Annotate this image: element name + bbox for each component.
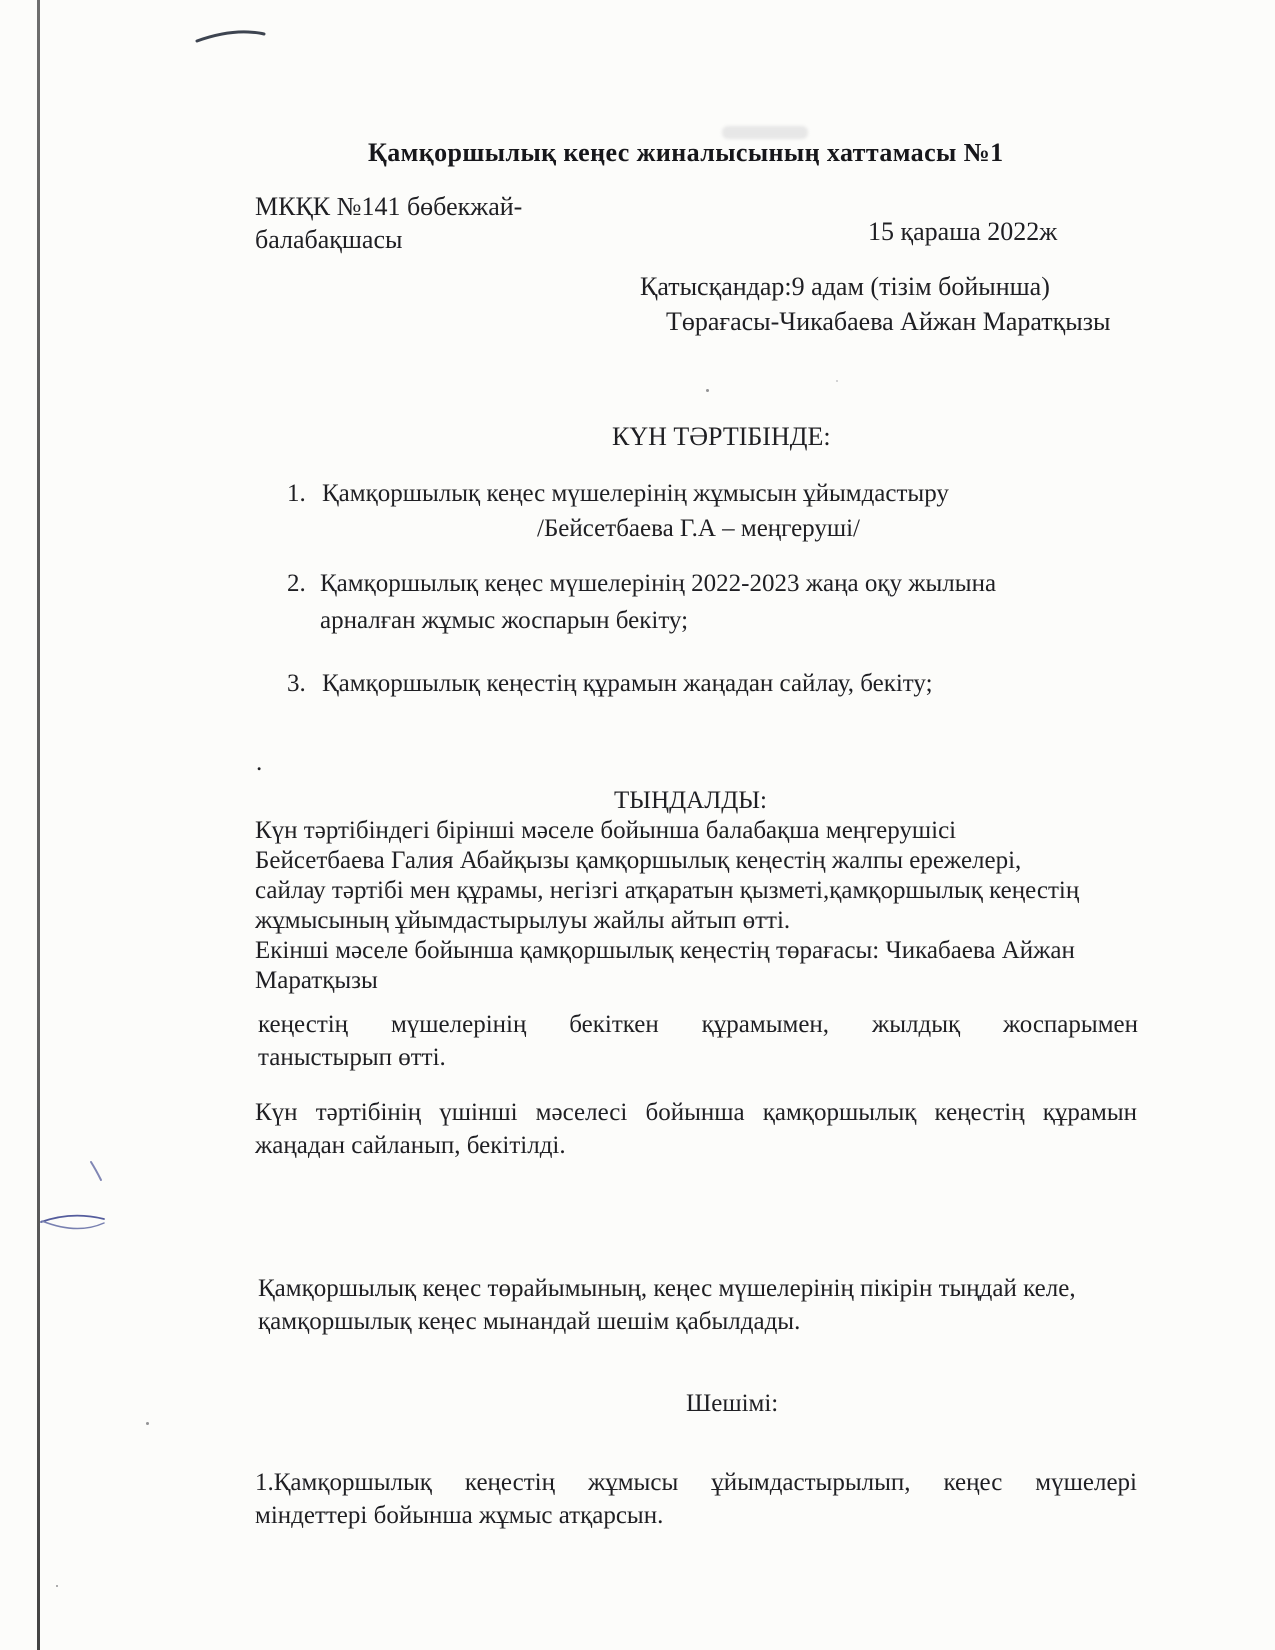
doc-date: 15 қараша 2022ж xyxy=(868,216,1057,248)
scan-speck xyxy=(836,380,838,382)
pen-mark-ellipse xyxy=(0,1200,200,1250)
heard-paragraph: Күн тәртібіндегі бірінші мәселе бойынша … xyxy=(255,816,1147,996)
decision-paragraph: 1.Қамқоршылық кеңестің жұмысы ұйымдастыр… xyxy=(255,1466,1137,1532)
agenda-item-1-text: Қамқоршылық кеңес мүшелерінің жұмысын ұй… xyxy=(322,479,949,509)
text-line: Екінші мәселе бойынша қамқоршылық кеңест… xyxy=(255,936,1147,966)
opinion-paragraph: Қамқоршылық кеңес төрайымының, кеңес мүш… xyxy=(258,1272,1140,1338)
agenda-item-1-number: 1. xyxy=(287,479,306,509)
agenda-item-3-text: Қамқоршылық кеңестің құрамын жаңадан сай… xyxy=(322,669,933,699)
doc-title: Қамқоршылық кеңес жиналысының хаттамасы … xyxy=(368,138,1004,168)
members-paragraph: кеңестің мүшелерінің бекіткен құрамымен,… xyxy=(258,1008,1138,1074)
chairman-line: Төрағасы-Чикабаева Айжан Маратқызы xyxy=(666,306,1111,338)
text-line: қамқоршылық кеңес мынандай шешім қабылда… xyxy=(258,1305,1140,1338)
heard-heading: ТЫҢДАЛДЫ: xyxy=(614,786,767,816)
scan-speck xyxy=(706,389,709,392)
scan-speck xyxy=(146,1422,149,1425)
text-line: жұмысының ұйымдастырылуы жайлы айтып өтт… xyxy=(255,906,1147,936)
text-line: кеңестің мүшелерінің бекіткен құрамымен,… xyxy=(258,1008,1138,1041)
org-name-line1: МКҚК №141 бөбекжай- xyxy=(255,191,522,223)
text-line: Бейсетбаева Галия Абайқызы қамқоршылық к… xyxy=(255,846,1147,876)
decision-heading: Шешімі: xyxy=(686,1389,778,1419)
pen-stroke-top xyxy=(0,0,1275,60)
agenda-item-1-subtext: /Бейсетбаева Г.А – меңгеруші/ xyxy=(537,514,860,544)
org-name-line2: балабақшасы xyxy=(255,224,402,256)
stray-period-mark: . xyxy=(256,748,262,778)
agenda-item-2-line2: арналған жұмыс жоспарын бекіту; xyxy=(320,606,688,636)
agenda-item-2-line1: Қамқоршылық кеңес мүшелерінің 2022-2023 … xyxy=(320,569,996,599)
agenda-item-3-number: 3. xyxy=(287,669,306,699)
text-line: Маратқызы xyxy=(255,966,1147,996)
text-line: міндеттері бойынша жұмыс атқарсын. xyxy=(255,1499,1137,1532)
text-line: 1.Қамқоршылық кеңестің жұмысы ұйымдастыр… xyxy=(255,1466,1137,1499)
text-line: жаңадан сайланып, бекітілді. xyxy=(255,1129,1137,1162)
text-line: Күн тәртібіндегі бірінші мәселе бойынша … xyxy=(255,816,1147,846)
text-line: Қамқоршылық кеңес төрайымының, кеңес мүш… xyxy=(258,1272,1140,1305)
third-issue-paragraph: Күн тәртібінің үшінші мәселесі бойынша қ… xyxy=(255,1096,1137,1162)
text-line: сайлау тәртібі мен құрамы, негізгі атқар… xyxy=(255,876,1147,906)
text-line: таныстырып өтті. xyxy=(258,1041,1138,1074)
agenda-item-2-number: 2. xyxy=(287,569,306,599)
scanned-document-page: Қамқоршылық кеңес жиналысының хаттамасы … xyxy=(0,0,1275,1650)
scan-speck xyxy=(56,1585,58,1587)
participants-line: Қатысқандар:9 адам (тізім бойынша) xyxy=(640,271,1050,303)
agenda-heading: КҮН ТӘРТІБІНДЕ: xyxy=(612,421,831,453)
pen-mark-diagonal xyxy=(0,1150,200,1200)
scan-edge-line xyxy=(37,0,40,1650)
text-line: Күн тәртібінің үшінші мәселесі бойынша қ… xyxy=(255,1096,1137,1129)
